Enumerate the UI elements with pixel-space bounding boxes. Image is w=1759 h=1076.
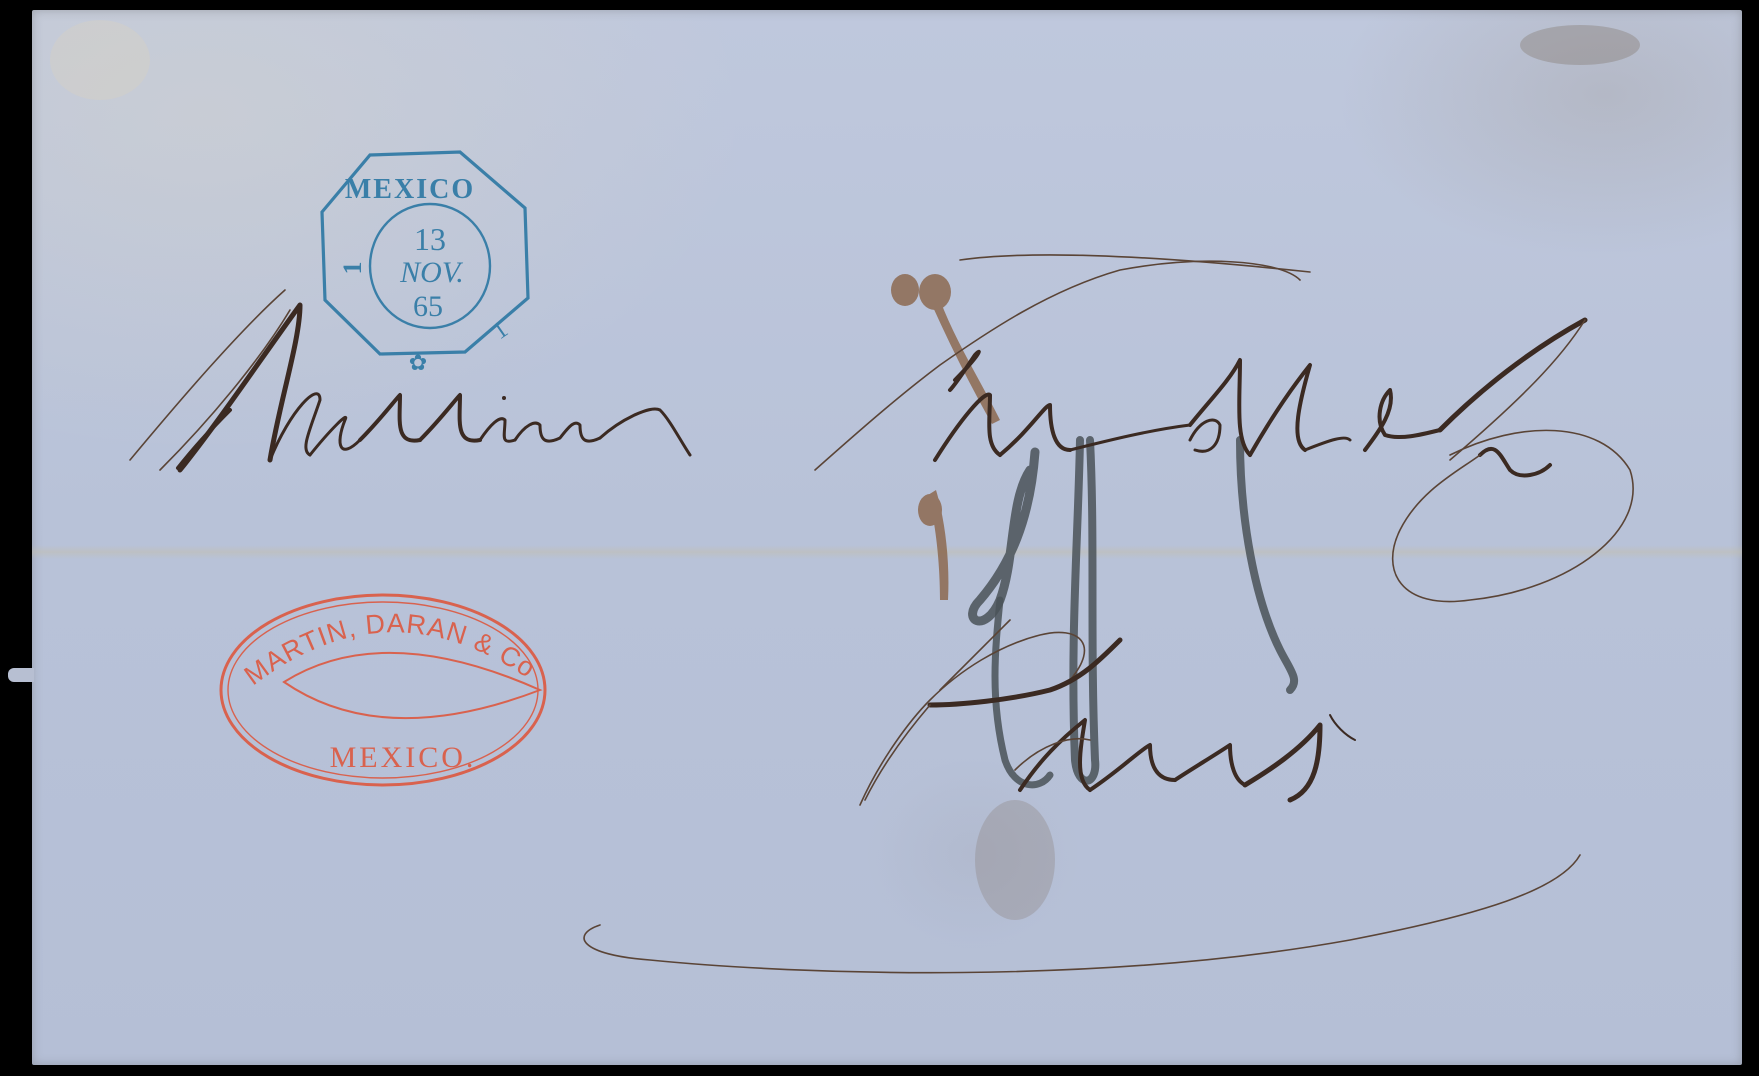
postmark-city: MEXICO	[345, 174, 475, 205]
postmark-month: NOV.	[399, 256, 464, 289]
handstamp-city: MEXICO.	[330, 741, 477, 774]
postmark: MEXICO 13 NOV. 65 1 1 ✿	[322, 152, 528, 375]
address-salutation-script	[130, 290, 690, 470]
postmark-day: 13	[414, 221, 446, 257]
tax-marking-text: 11	[0, 0, 15, 4]
ink-blots	[891, 274, 1000, 600]
postmark-left-number: 1	[338, 262, 367, 275]
cover-markings: MEXICO 13 NOV. 65 1 1 ✿ MARTIN, DARAN & …	[0, 0, 1759, 1076]
address-flourish	[584, 855, 1580, 973]
postmark-ornament-icon: ✿	[409, 350, 427, 375]
postmark-year: 65	[413, 290, 443, 323]
firm-handstamp: MARTIN, DARAN & Co MEXICO.	[221, 595, 545, 785]
stains	[50, 20, 1640, 920]
tax-marking: 11	[0, 0, 1294, 785]
